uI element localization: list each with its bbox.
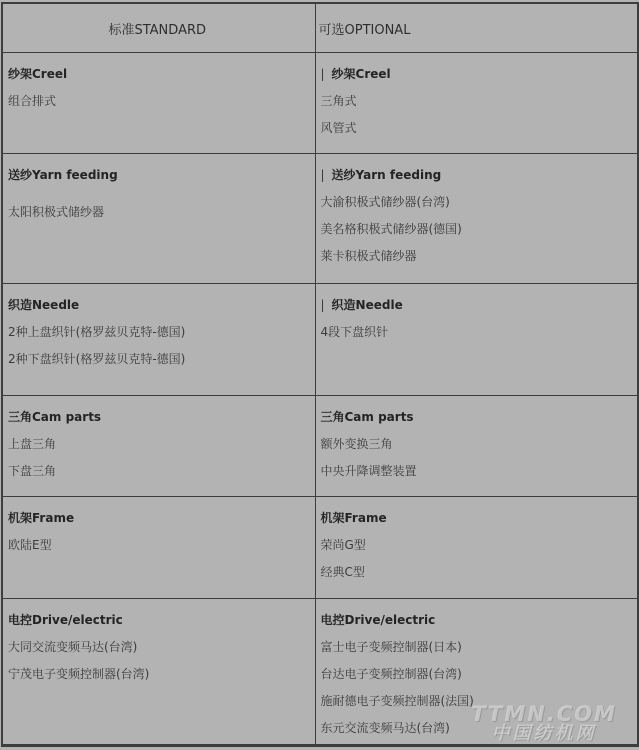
- spec-item: 2种下盘织针(格罗兹贝克特-德国): [8, 352, 307, 366]
- cell-optional-needle: |织造Needle 4段下盘织针: [315, 284, 638, 396]
- table-row-frame: 机架Frame 欧陆E型 机架Frame 荣尚G型 经典C型: [2, 497, 638, 599]
- spec-item: 施耐德电子变频控制器(法国): [321, 694, 630, 708]
- cell-optional-cam-parts: 三角Cam parts 额外变换三角 中央升降调整装置: [315, 396, 638, 497]
- table-header-row: 标准STANDARD 可选OPTIONAL: [2, 3, 638, 53]
- column-header-standard: 标准STANDARD: [2, 3, 315, 53]
- spec-item: 太阳积极式储纱器: [8, 205, 307, 219]
- section-title: 织造Needle: [8, 298, 307, 312]
- table-row-needle: 织造Needle 2种上盘织针(格罗兹贝克特-德国) 2种下盘织针(格罗兹贝克特…: [2, 284, 638, 396]
- cell-optional-creel: |纱架Creel 三角式 风管式: [315, 53, 638, 154]
- section-title: |织造Needle: [321, 298, 630, 312]
- section-title: 机架Frame: [8, 511, 307, 525]
- section-title: 机架Frame: [321, 511, 630, 525]
- section-title: 纱架Creel: [8, 67, 307, 81]
- spec-item: 莱卡积极式储纱器: [321, 249, 630, 263]
- cell-standard-cam-parts: 三角Cam parts 上盘三角 下盘三角: [2, 396, 315, 497]
- spec-item: 风管式: [321, 121, 630, 135]
- bar-prefix: |: [321, 67, 325, 81]
- spec-item: 下盘三角: [8, 464, 307, 478]
- spec-item: 2种上盘织针(格罗兹贝克特-德国): [8, 325, 307, 339]
- table-row-creel: 纱架Creel 组合排式 |纱架Creel 三角式 风管式: [2, 53, 638, 154]
- spec-item: 经典C型: [321, 565, 630, 579]
- spec-item: 欧陆E型: [8, 538, 307, 552]
- cell-optional-frame: 机架Frame 荣尚G型 经典C型: [315, 497, 638, 599]
- cell-optional-drive-electric: 电控Drive/electric 富士电子变频控制器(日本) 台达电子变频控制器…: [315, 599, 638, 746]
- spec-item: 组合排式: [8, 94, 307, 108]
- spec-table: 标准STANDARD 可选OPTIONAL 纱架Creel 组合排式 |纱架Cr…: [1, 2, 639, 747]
- section-title: 三角Cam parts: [8, 410, 307, 424]
- cell-standard-drive-electric: 电控Drive/electric 大同交流变频马达(台湾) 宁茂电子变频控制器(…: [2, 599, 315, 746]
- section-title: 三角Cam parts: [321, 410, 630, 424]
- spec-item: 荣尚G型: [321, 538, 630, 552]
- spec-item: 台达电子变频控制器(台湾): [321, 667, 630, 681]
- spec-item: 4段下盘织针: [321, 325, 630, 339]
- table-row-drive-electric: 电控Drive/electric 大同交流变频马达(台湾) 宁茂电子变频控制器(…: [2, 599, 638, 746]
- spec-item: 东元交流变频马达(台湾): [321, 721, 630, 735]
- spec-item: 上盘三角: [8, 437, 307, 451]
- table-row-yarn-feeding: 送纱Yarn feeding 太阳积极式储纱器 |送纱Yarn feeding …: [2, 154, 638, 284]
- spec-item: 大同交流变频马达(台湾): [8, 640, 307, 654]
- cell-standard-yarn-feeding: 送纱Yarn feeding 太阳积极式储纱器: [2, 154, 315, 284]
- spec-item: 美名格积极式储纱器(德国): [321, 222, 630, 236]
- spec-item: 中央升降调整装置: [321, 464, 630, 478]
- section-title: |送纱Yarn feeding: [321, 168, 630, 182]
- page: 标准STANDARD 可选OPTIONAL 纱架Creel 组合排式 |纱架Cr…: [0, 2, 639, 750]
- spec-item: 三角式: [321, 94, 630, 108]
- spec-item: 富士电子变频控制器(日本): [321, 640, 630, 654]
- bar-prefix: |: [321, 298, 325, 312]
- cell-standard-frame: 机架Frame 欧陆E型: [2, 497, 315, 599]
- section-title: 送纱Yarn feeding: [8, 168, 307, 182]
- spec-item: 宁茂电子变频控制器(台湾): [8, 667, 307, 681]
- section-title: |纱架Creel: [321, 67, 630, 81]
- cell-standard-creel: 纱架Creel 组合排式: [2, 53, 315, 154]
- column-header-optional: 可选OPTIONAL: [315, 3, 638, 53]
- cell-optional-yarn-feeding: |送纱Yarn feeding 大渝积极式储纱器(台湾) 美名格积极式储纱器(德…: [315, 154, 638, 284]
- section-title: 电控Drive/electric: [8, 613, 307, 627]
- bar-prefix: |: [321, 168, 325, 182]
- table-row-cam-parts: 三角Cam parts 上盘三角 下盘三角 三角Cam parts 额外变换三角…: [2, 396, 638, 497]
- section-title: 电控Drive/electric: [321, 613, 630, 627]
- spec-item: 大渝积极式储纱器(台湾): [321, 195, 630, 209]
- spec-item: 额外变换三角: [321, 437, 630, 451]
- cell-standard-needle: 织造Needle 2种上盘织针(格罗兹贝克特-德国) 2种下盘织针(格罗兹贝克特…: [2, 284, 315, 396]
